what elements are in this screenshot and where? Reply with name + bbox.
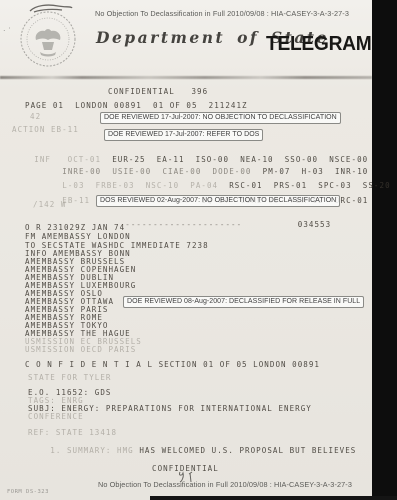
review-stamp-1: DOE REVIEWED 17-Jul-2007: NO OBJECTION T… [100, 112, 341, 124]
action-line: ACTION EB-11 [12, 125, 79, 134]
review-stamp-2: DOE REVIEWED 17-Jul-2007: REFER TO DOS [104, 129, 263, 141]
summary-faint: 1. SUMMARY: HMG [50, 446, 139, 455]
department-of-state-seal-icon [18, 8, 78, 70]
control-number [242, 220, 298, 229]
telegram-title: TELEGRAM [266, 33, 371, 56]
address-line: USMISSION OECD PARIS [25, 345, 136, 354]
pencil-mark: . · [3, 24, 11, 33]
section-line: C O N F I D E N T I A L SECTION 01 OF 05… [25, 360, 320, 369]
declassification-header-note: No Objection To Declassification in Full… [95, 9, 349, 18]
summary-line: 1. SUMMARY: HMG HAS WELCOMED U.S. PROPOS… [28, 437, 356, 464]
review-stamp-3: DOS REVIEWED 02-Aug-2007: NO OBJECTION T… [96, 195, 340, 207]
separator-line: --------------------- 034553 [103, 211, 331, 238]
scan-border-right [372, 0, 397, 500]
telegram-scan-page: No Objection To Declassification in Full… [0, 0, 397, 500]
ref-line: REF: STATE 13418 [28, 428, 117, 437]
agency-title: Department of State [96, 28, 276, 47]
header-rule [0, 76, 372, 79]
page-line: PAGE 01 LONDON 00891 01 OF 05 211241Z [25, 101, 248, 110]
review-stamp-4: DOE REVIEWED 08-Aug-2007: DECLASSIFIED F… [123, 296, 364, 308]
pass-line: STATE FOR TYLER [28, 373, 111, 382]
classification-line: CONFIDENTIAL 396 [108, 87, 208, 96]
margin-number: 42 [30, 112, 41, 121]
summary-clear: HAS WELCOMED U.S. PROPOSAL BUT BELIEVES [139, 446, 356, 455]
scan-border-bottom [150, 496, 397, 500]
dtg-line: O R 231029Z JAN 74 [25, 223, 125, 232]
distribution-tail: /142 W [33, 200, 66, 209]
subject-line-2: CONFERENCE [28, 412, 84, 421]
declassification-footer-note: No Objection To Declassification in Full… [98, 480, 352, 489]
form-number: FORM DS-323 [7, 489, 49, 495]
